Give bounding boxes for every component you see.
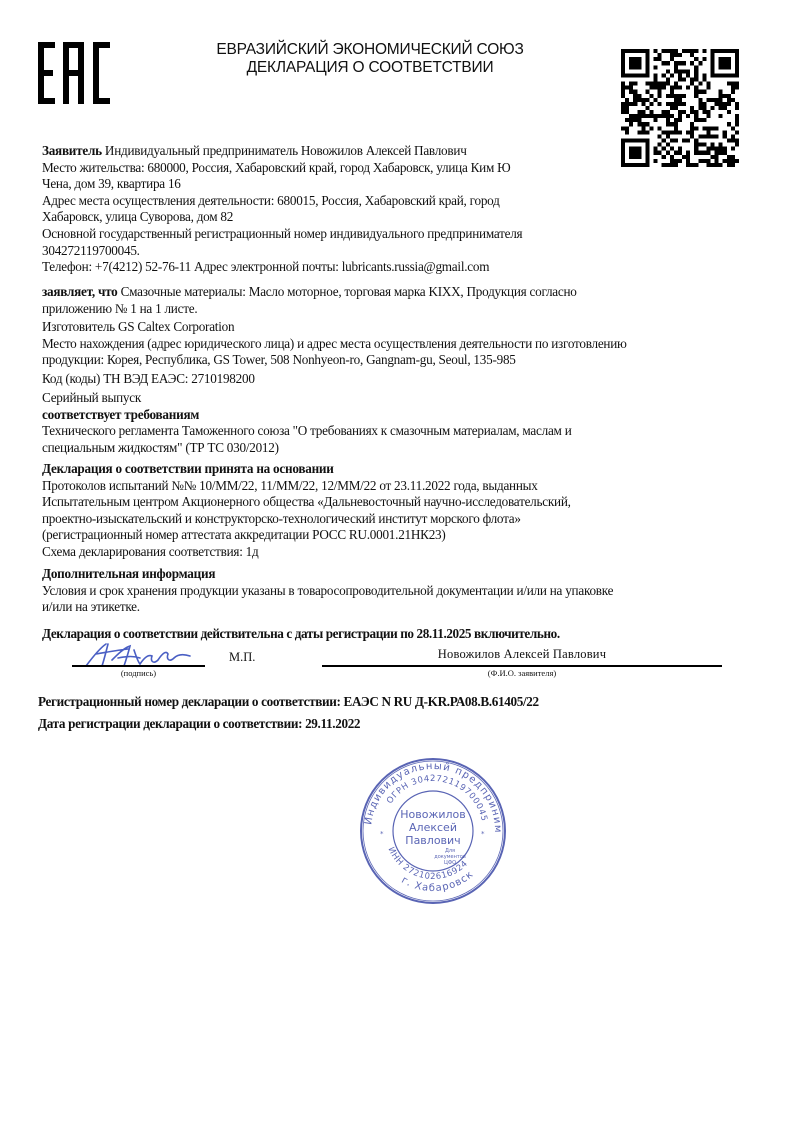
applicant-name: Индивидуальный предприниматель Новожилов…: [105, 143, 467, 158]
svg-text:*: *: [481, 830, 485, 838]
basis-line1: Протоколов испытаний №№ 10/ММ/22, 11/ММ/…: [42, 478, 742, 495]
ogrnip-value: 304272119700045.: [42, 243, 742, 260]
product-description-line1: Смазочные материалы: Масло моторное, тор…: [121, 284, 577, 299]
additional-line2: и/или на этикетке.: [42, 599, 742, 616]
additional-line1: Условия и срок хранения продукции указан…: [42, 583, 742, 600]
svg-text:Новожилов: Новожилов: [400, 808, 466, 821]
additional-heading: Дополнительная информация: [42, 566, 742, 583]
basis-section: Декларация о соответствии принята на осн…: [42, 461, 742, 561]
requirements-section: Серийный выпуск соответствует требования…: [42, 390, 742, 456]
manufacturer-address-line1: Место нахождения (адрес юридического лиц…: [42, 336, 742, 353]
release-type: Серийный выпуск: [42, 390, 742, 407]
svg-text:Алексей: Алексей: [409, 821, 457, 834]
activity-address-line2: Хабаровск, улица Суворова, дом 82: [42, 209, 742, 226]
document-title: ДЕКЛАРАЦИЯ О СООТВЕТСТВИИ: [150, 59, 590, 77]
contacts: Телефон: +7(4212) 52-76-11 Адрес электро…: [42, 259, 742, 276]
eac-logo-icon: [38, 42, 110, 104]
company-stamp-icon: Индивидуальный предприниматель ОГРН 3042…: [358, 756, 508, 906]
additional-section: Дополнительная информация Условия и срок…: [42, 566, 742, 616]
signer-name-line: [322, 665, 722, 667]
product-description-line2: приложению № 1 на 1 листе.: [42, 301, 742, 318]
applicant-label: Заявитель: [42, 143, 102, 158]
registration-number: Регистрационный номер декларации о соотв…: [38, 694, 539, 710]
product-label: заявляет, что: [42, 284, 118, 299]
basis-heading: Декларация о соответствии принята на осн…: [42, 461, 742, 478]
seal-label: М.П.: [229, 650, 255, 665]
signer-name: Новожилов Алексей Павлович: [322, 647, 722, 662]
tnved-code: Код (коды) ТН ВЭД ЕАЭС: 2710198200: [42, 371, 742, 388]
basis-line3: проектно-изыскательский и конструкторско…: [42, 511, 742, 528]
residence-line1: Место жительства: 680000, Россия, Хабаро…: [42, 160, 742, 177]
svg-text:ЦФО: ЦФО: [444, 860, 456, 866]
union-title: ЕВРАЗИЙСКИЙ ЭКОНОМИЧЕСКИЙ СОЮЗ: [150, 41, 590, 59]
svg-text:*: *: [380, 830, 384, 838]
requirements-line1: Технического регламента Таможенного союз…: [42, 423, 742, 440]
basis-line2: Испытательным центром Акционерного общес…: [42, 494, 742, 511]
residence-line2: Чена, дом 39, квартира 16: [42, 176, 742, 193]
signature-line: [72, 665, 205, 667]
declaration-scheme: Схема декларирования соответствия: 1д: [42, 544, 742, 561]
applicant-section: Заявитель Индивидуальный предприниматель…: [42, 143, 742, 276]
activity-address-line1: Адрес места осуществления деятельности: …: [42, 193, 742, 210]
registration-date: Дата регистрации декларации о соответств…: [38, 716, 360, 732]
requirements-heading: соответствует требованиям: [42, 407, 742, 424]
manufacturer-address-line2: продукции: Корея, Республика, GS Tower, …: [42, 352, 742, 369]
svg-text:Павлович: Павлович: [405, 834, 460, 847]
signer-caption: (Ф.И.О. заявителя): [322, 668, 722, 678]
ogrnip-label: Основной государственный регистрационный…: [42, 226, 742, 243]
manufacturer: Изготовитель GS Caltex Corporation: [42, 319, 742, 336]
signature-caption: (подпись): [72, 668, 205, 678]
basis-line4: (регистрационный номер аттестата аккреди…: [42, 527, 742, 544]
product-section: заявляет, что Смазочные материалы: Масло…: [42, 284, 742, 388]
requirements-line2: специальным жидкостям" (ТР ТС 030/2012): [42, 440, 742, 457]
